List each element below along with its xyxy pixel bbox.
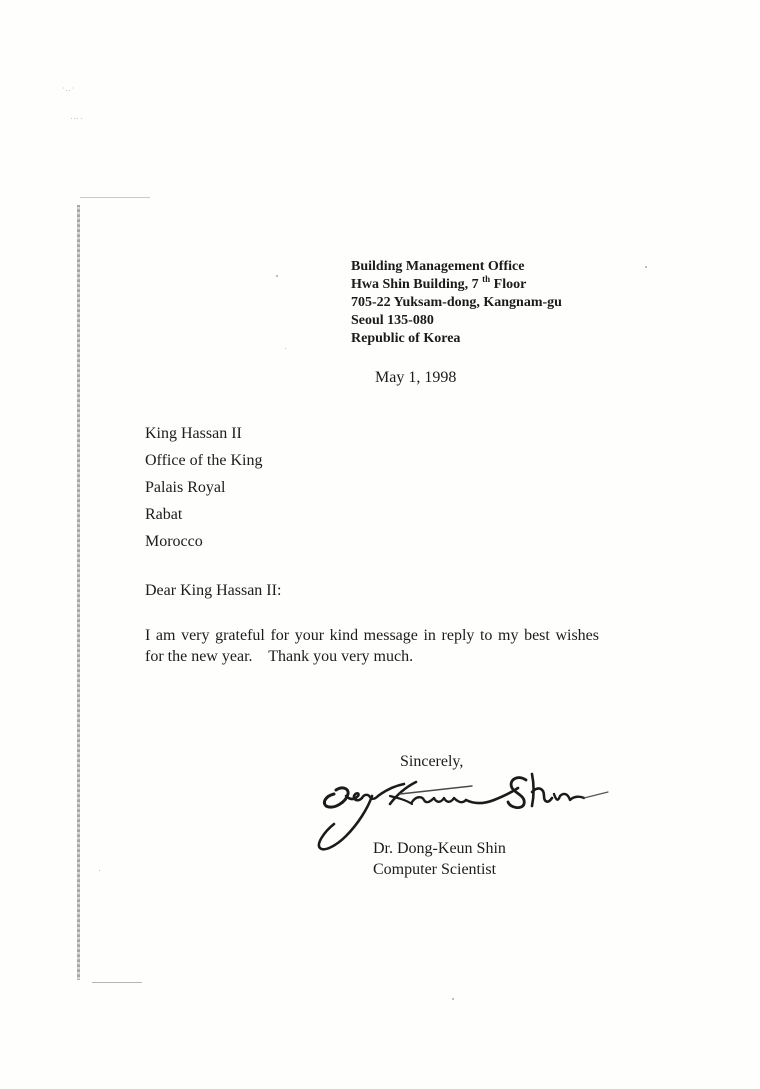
- letter-body: I am very grateful for your kind message…: [145, 625, 599, 667]
- sender-building-name: Hwa Shin Building, 7: [351, 277, 479, 292]
- scan-speck: [99, 870, 100, 871]
- recipient-office: Office of the King: [145, 447, 262, 474]
- recipient-palace: Palais Royal: [145, 474, 262, 501]
- scan-line-artifact: [92, 982, 142, 983]
- sender-address: Building Management Office Hwa Shin Buil…: [351, 258, 562, 348]
- letter-date: May 1, 1998: [375, 368, 456, 388]
- sender-street: 705-22 Yuksam-dong, Kangnam-gu: [351, 294, 562, 312]
- signer-block: Dr. Dong-Keun Shin Computer Scientist: [373, 838, 506, 880]
- sender-building: Hwa Shin Building, 7 th Floor: [351, 276, 562, 294]
- recipient-country: Morocco: [145, 528, 262, 555]
- scan-smudge: ·‥·: [62, 84, 75, 93]
- scan-speck: [285, 348, 286, 349]
- signer-name: Dr. Dong-Keun Shin: [373, 838, 506, 859]
- sender-office: Building Management Office: [351, 258, 562, 276]
- floor-ordinal: th: [482, 274, 490, 284]
- recipient-name: King Hassan II: [145, 420, 262, 447]
- signer-title: Computer Scientist: [373, 859, 506, 880]
- scan-speck: [276, 275, 278, 277]
- recipient-address: King Hassan II Office of the King Palais…: [145, 420, 262, 555]
- sender-city: Seoul 135-080: [351, 312, 562, 330]
- scan-line-artifact: [80, 197, 150, 198]
- recipient-city: Rabat: [145, 501, 262, 528]
- sender-country: Republic of Korea: [351, 330, 562, 348]
- scan-edge-artifact: [77, 205, 80, 980]
- scan-speck: [645, 266, 647, 268]
- salutation: Dear King Hassan II:: [145, 581, 281, 601]
- scan-speck: [452, 998, 454, 1000]
- sender-floor: Floor: [490, 277, 526, 292]
- scan-smudge: ․‥․: [70, 112, 84, 121]
- letter-page: ·‥· ․‥․ Building Management Office Hwa S…: [0, 0, 760, 1089]
